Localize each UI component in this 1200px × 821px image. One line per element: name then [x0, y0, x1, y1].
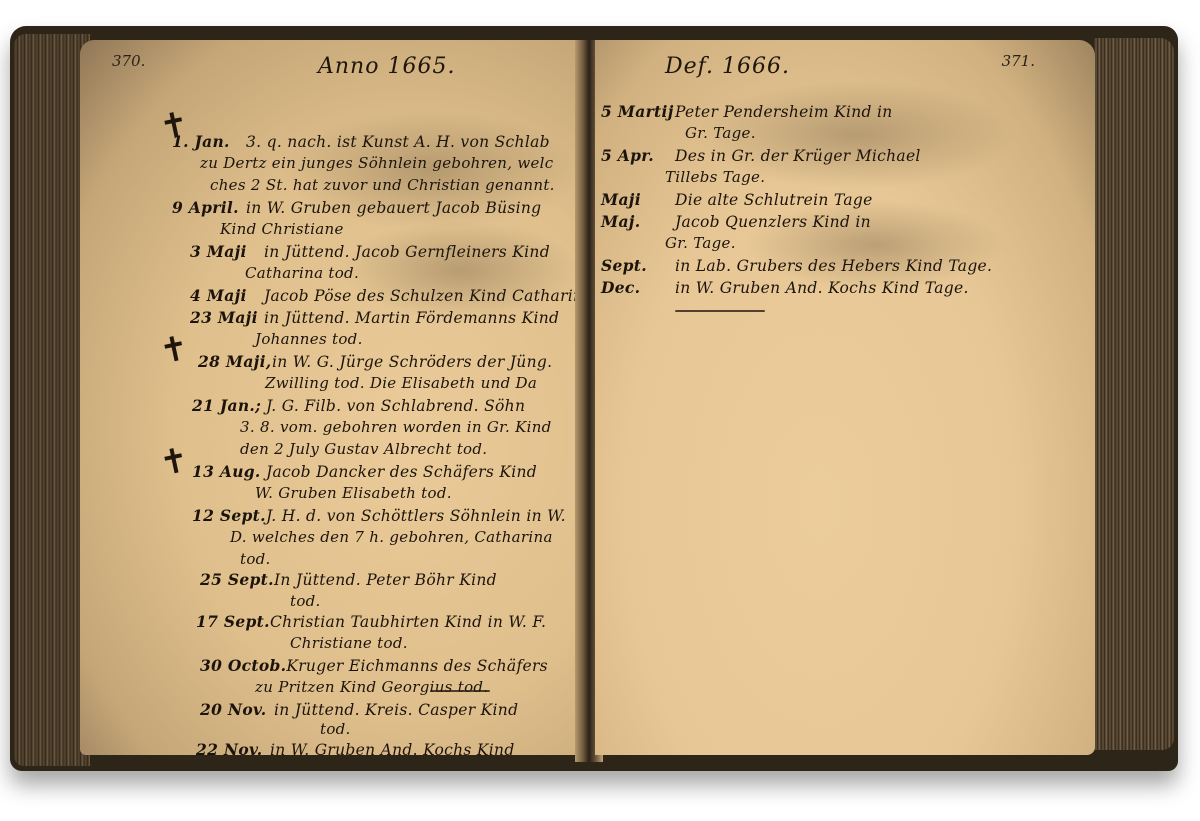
entry-continuation-line: tod.	[240, 550, 271, 568]
entry-text: Christian Taubhirten Kind in W. F.	[270, 613, 546, 631]
entry-text: Zwilling tod. Die Elisabeth und Da	[265, 374, 537, 392]
entry-continuation-line: Gr. Tage.	[685, 124, 756, 142]
entry-text: 3. q. nach. ist Kunst A. H. von Schlab	[246, 133, 550, 151]
register-entry: Maj.Jacob Quenzlers Kind in	[601, 212, 871, 231]
register-entry: 13 Aug.Jacob Dancker des Schäfers Kind	[192, 462, 537, 481]
page-edges-right	[1094, 38, 1174, 750]
register-entries: 1. Jan.3. q. nach. ist Kunst A. H. von S…	[80, 40, 585, 755]
entry-date: Dec.	[601, 278, 675, 297]
entry-text: Jacob Quenzlers Kind in	[675, 213, 871, 231]
entry-text: In Jüttend. Peter Böhr Kind	[274, 571, 497, 589]
entry-date: Maji	[601, 190, 675, 209]
entry-continuation-line: zu Dertz ein junges Söhnlein gebohren, w…	[200, 154, 553, 172]
register-entry: 22 Nov.in W. Gruben And. Kochs Kind	[196, 740, 515, 759]
entry-text: Gr. Tage.	[685, 124, 756, 142]
entry-text: Jacob Dancker des Schäfers Kind	[266, 463, 537, 481]
entry-continuation-line: Catharina tod.	[245, 264, 359, 282]
entry-text: 3. 8. vom. gebohren worden in Gr. Kind	[240, 418, 552, 436]
register-entry: 1. Jan.3. q. nach. ist Kunst A. H. von S…	[172, 132, 550, 151]
register-entry: 20 Nov.in Jüttend. Kreis. Casper Kind	[200, 700, 518, 719]
entry-text: Gr. Tage.	[665, 234, 736, 252]
register-entry: 5 Apr.Des in Gr. der Krüger Michael	[601, 146, 921, 165]
register-entry: 9 April.in W. Gruben gebauert Jacob Büsi…	[172, 198, 541, 217]
entry-text: Catharina tod.	[245, 264, 359, 282]
entry-text: Christiane tod.	[290, 634, 408, 652]
entry-continuation-line: Tillebs Tage.	[665, 168, 765, 186]
entry-text: Kruger Eichmanns des Schäfers	[286, 657, 548, 675]
entry-text: tod.	[240, 550, 271, 568]
entry-continuation-line: tod.	[290, 592, 321, 610]
register-entry: 21 Jan.;J. G. Filb. von Schlabrend. Söhn	[192, 396, 525, 415]
entry-text: Die alte Schlutrein Tage	[675, 191, 873, 209]
register-entry: 17 Sept.Christian Taubhirten Kind in W. …	[196, 612, 546, 631]
entry-date: 9 April.	[172, 198, 246, 217]
right-page: 371. Def. 1666. 5 MartijPeter Pendershei…	[595, 40, 1095, 755]
register-entry: Sept.in Lab. Grubers des Hebers Kind Tag…	[601, 256, 992, 275]
register-entry: 4 MajiJacob Pöse des Schulzen Kind Catha…	[190, 286, 583, 305]
underline-mark	[675, 310, 765, 312]
entry-date: 21 Jan.;	[192, 396, 266, 415]
entry-date: 4 Maji	[190, 286, 264, 305]
register-entry: 5 MartijPeter Pendersheim Kind in	[601, 102, 893, 121]
entry-text: zu Dertz ein junges Söhnlein gebohren, w…	[200, 154, 553, 172]
entry-text: ches 2 St. hat zuvor und Christian genan…	[210, 176, 555, 194]
underline-mark	[430, 690, 490, 692]
register-entry: 12 Sept.J. H. d. von Schöttlers Söhnlein…	[192, 506, 566, 525]
entry-text: J. G. Filb. von Schlabrend. Söhn	[266, 397, 525, 415]
entry-date: 5 Martij	[601, 102, 675, 121]
entry-date: 3 Maji	[190, 242, 264, 261]
entry-continuation-line: Christiane tod.	[290, 634, 408, 652]
entry-text: Des in Gr. der Krüger Michael	[675, 147, 921, 165]
register-entry: 30 Octob.Kruger Eichmanns des Schäfers	[200, 656, 548, 675]
entry-date: 13 Aug.	[192, 462, 266, 481]
entry-continuation-line: 3. 8. vom. gebohren worden in Gr. Kind	[240, 418, 552, 436]
register-entry: 25 Sept.In Jüttend. Peter Böhr Kind	[200, 570, 497, 589]
entry-text: Kind Christiane	[220, 220, 344, 238]
page-edges-left	[14, 34, 90, 766]
entry-date: Maj.	[601, 212, 675, 231]
entry-text: in W. Gruben gebauert Jacob Büsing	[246, 199, 541, 217]
entry-date: 25 Sept.	[200, 570, 274, 589]
entry-continuation-line: Zwilling tod. Die Elisabeth und Da	[265, 374, 537, 392]
register-entry: MajiDie alte Schlutrein Tage	[601, 190, 873, 209]
entry-date: 22 Nov.	[196, 740, 270, 759]
register-entry: 28 Maji,in W. G. Jürge Schröders der Jün…	[198, 352, 552, 371]
entry-text: W. Gruben Elisabeth tod.	[255, 484, 452, 502]
entry-text: in Lab. Grubers des Hebers Kind Tage.	[675, 257, 992, 275]
entry-continuation-line: D. welches den 7 h. gebohren, Catharina	[230, 528, 553, 546]
register-entry: Dec.in W. Gruben And. Kochs Kind Tage.	[601, 278, 969, 297]
open-book: 370. Anno 1665. ✝ ✝ ✝ 1. Jan.3. q. nach.…	[10, 26, 1178, 771]
entry-text: Jacob Pöse des Schulzen Kind Catharin	[264, 287, 583, 305]
entry-text: in Jüttend. Martin Fördemanns Kind	[264, 309, 559, 327]
entry-date: 12 Sept.	[192, 506, 266, 525]
entry-date: 20 Nov.	[200, 700, 274, 719]
entry-text: Tillebs Tage.	[665, 168, 765, 186]
entry-date: 23 Maji	[190, 308, 264, 327]
entry-text: in W. Gruben And. Kochs Kind Tage.	[675, 279, 969, 297]
entry-text: D. welches den 7 h. gebohren, Catharina	[230, 528, 553, 546]
entry-text: J. H. d. von Schöttlers Söhnlein in W.	[266, 507, 566, 525]
entry-text: Peter Pendersheim Kind in	[675, 103, 893, 121]
entry-continuation-line: Kind Christiane	[220, 220, 344, 238]
entry-date: Sept.	[601, 256, 675, 275]
register-entry: 3 Majiin Jüttend. Jacob Gernfleiners Kin…	[190, 242, 550, 261]
entry-text: in W. G. Jürge Schröders der Jüng.	[272, 353, 552, 371]
entry-text: tod.	[290, 592, 321, 610]
entry-continuation-line: Gr. Tage.	[665, 234, 736, 252]
entry-text: zu Pritzen Kind Georgius tod.	[255, 678, 488, 696]
entry-text: Johannes tod.	[255, 330, 363, 348]
entry-continuation-line: W. Gruben Elisabeth tod.	[255, 484, 452, 502]
entry-date: 5 Apr.	[601, 146, 675, 165]
entry-text: in Jüttend. Jacob Gernfleiners Kind	[264, 243, 550, 261]
register-entry: 23 Majiin Jüttend. Martin Fördemanns Kin…	[190, 308, 559, 327]
entry-date: 17 Sept.	[196, 612, 270, 631]
entry-continuation-line: tod.	[320, 720, 351, 738]
entry-text: in W. Gruben And. Kochs Kind	[270, 741, 515, 759]
entry-continuation-line: Johannes tod.	[255, 330, 363, 348]
entry-text: tod.	[320, 720, 351, 738]
entry-date: 28 Maji,	[198, 352, 272, 371]
entry-text: den 2 July Gustav Albrecht tod.	[240, 440, 487, 458]
entry-continuation-line: zu Pritzen Kind Georgius tod.	[255, 678, 488, 696]
entry-date: 30 Octob.	[200, 656, 286, 675]
entry-text: in Jüttend. Kreis. Casper Kind	[274, 701, 518, 719]
entry-date: 1. Jan.	[172, 132, 246, 151]
entry-continuation-line: den 2 July Gustav Albrecht tod.	[240, 440, 487, 458]
register-entries: 5 MartijPeter Pendersheim Kind inGr. Tag…	[595, 40, 1095, 755]
entry-continuation-line: ches 2 St. hat zuvor und Christian genan…	[210, 176, 555, 194]
left-page: 370. Anno 1665. ✝ ✝ ✝ 1. Jan.3. q. nach.…	[80, 40, 585, 755]
